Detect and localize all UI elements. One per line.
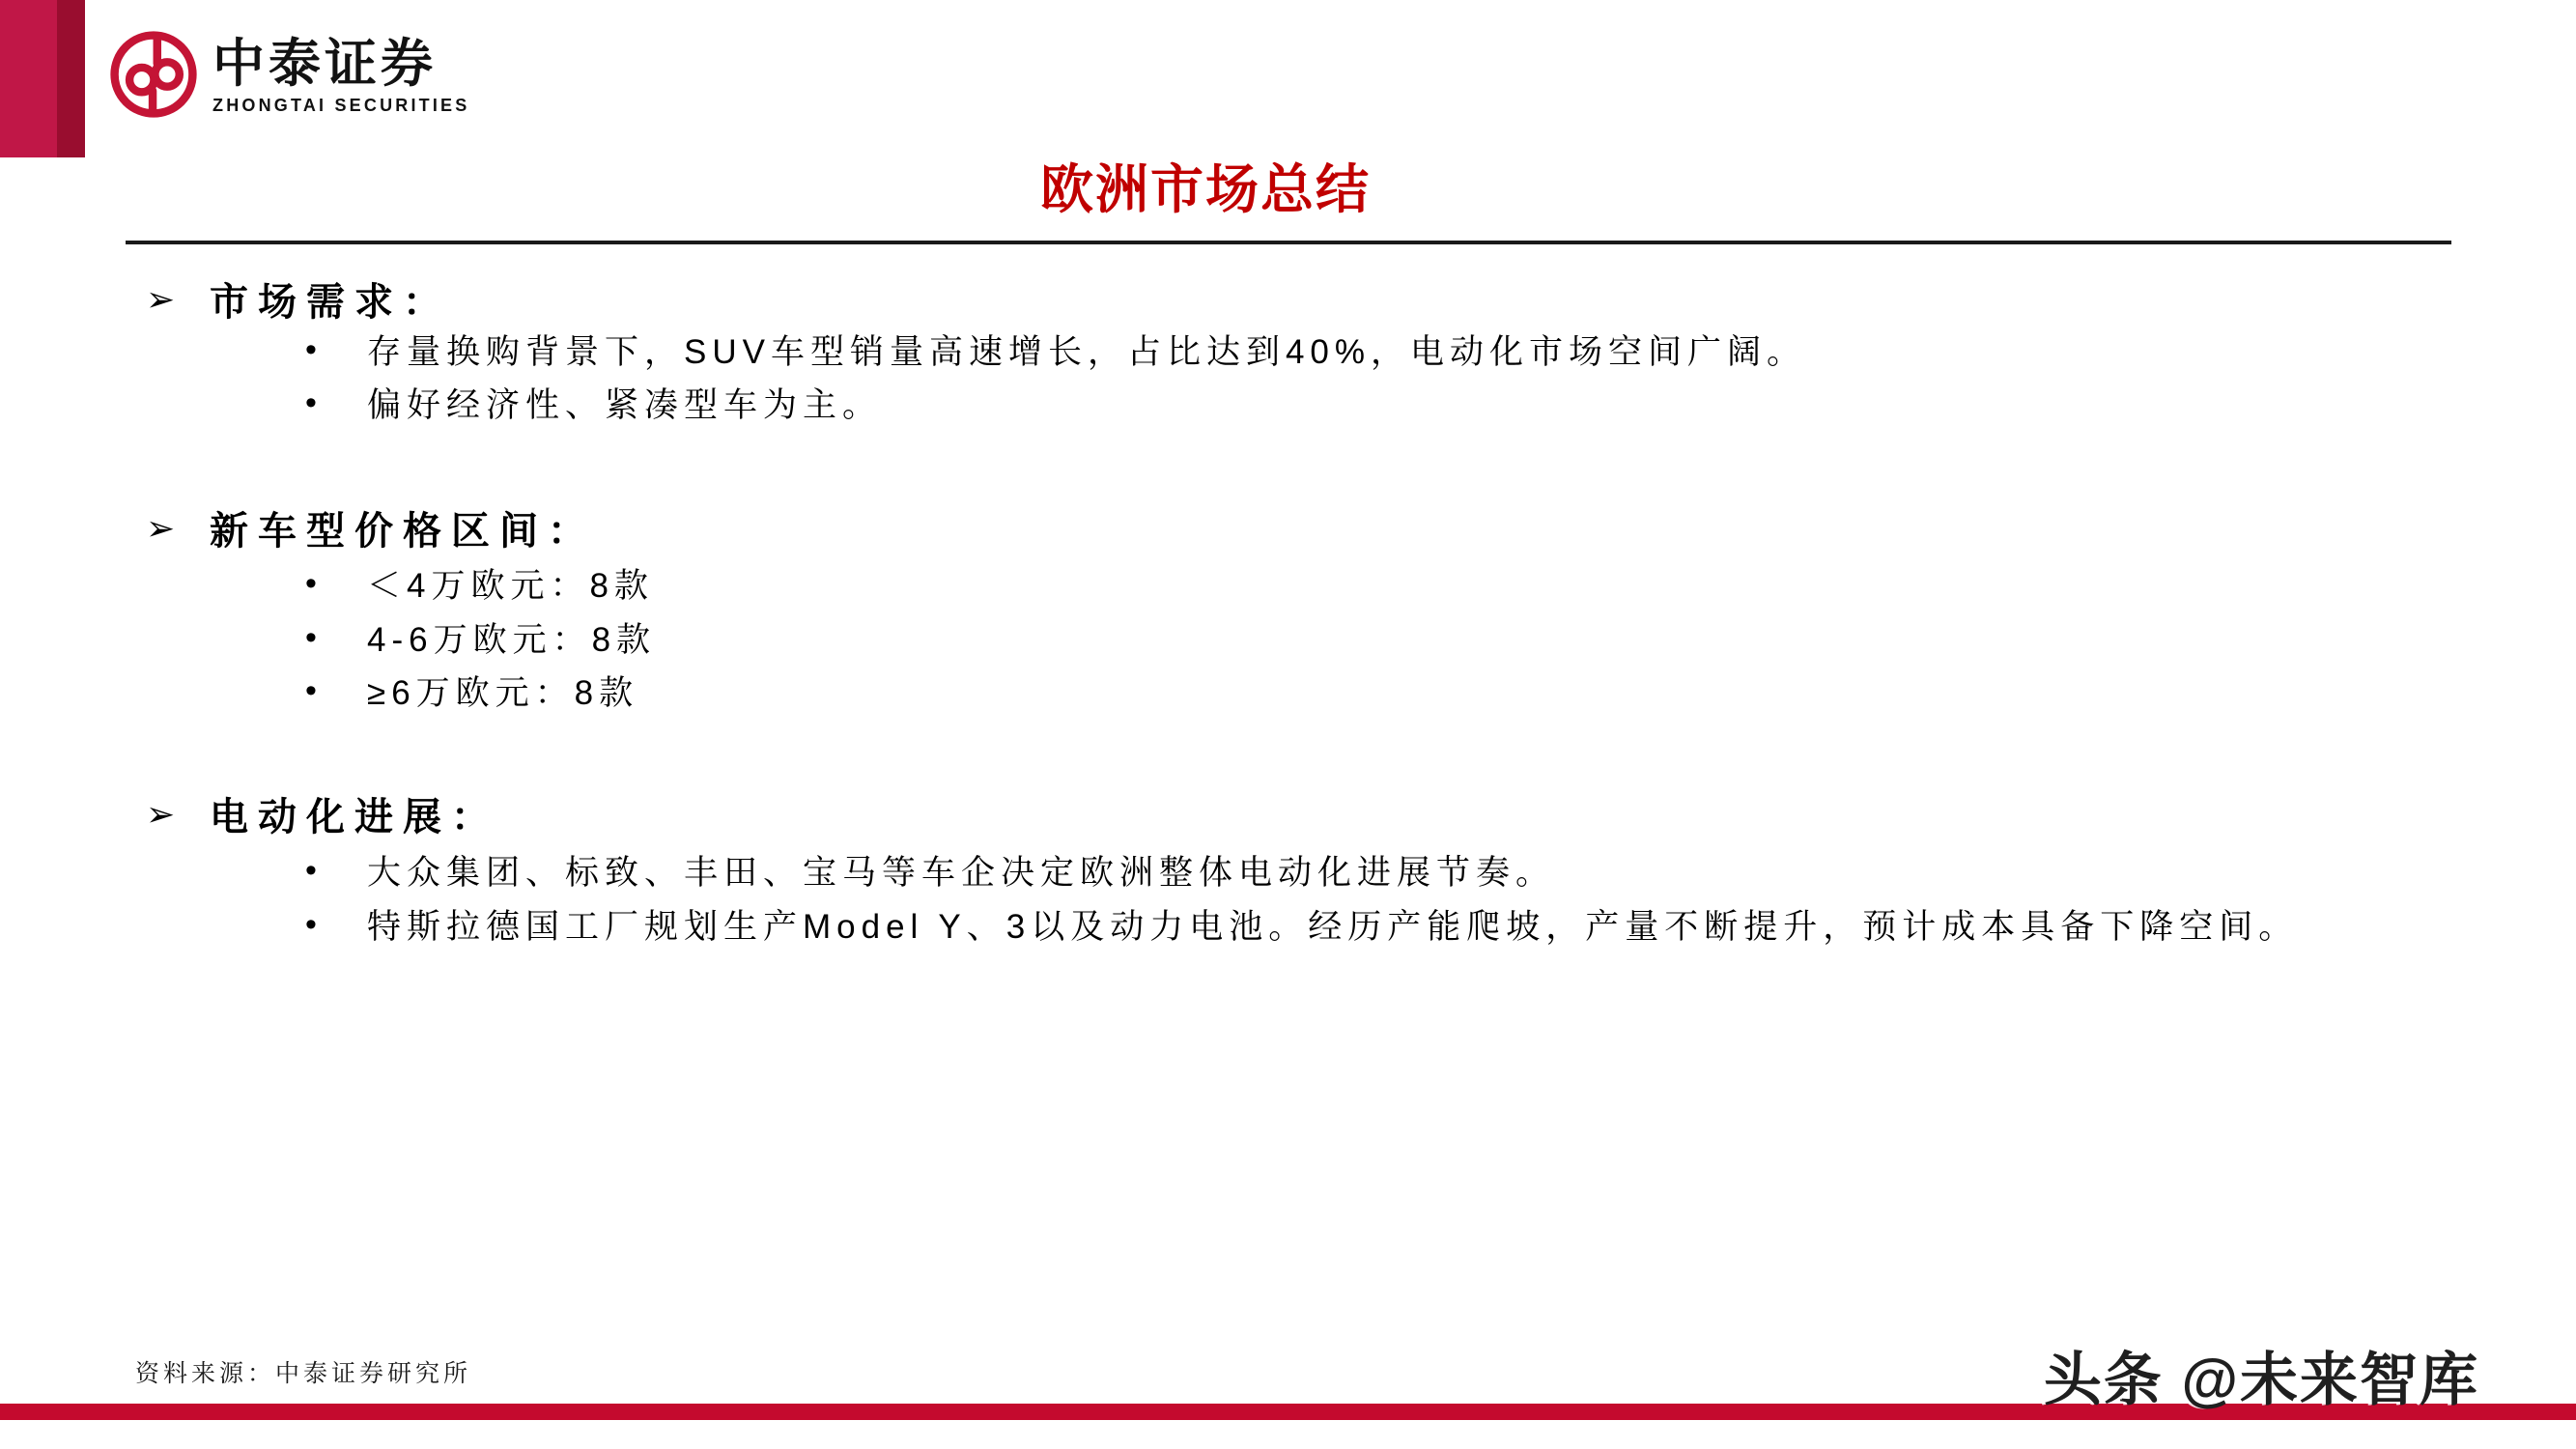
section-heading-label: 市场需求： [210, 271, 451, 327]
bullet-text: 大众集团、标致、丰田、宝马等车企决定欧洲整体电动化进展节奏。 [367, 846, 1555, 895]
brand-name-cn: 中泰证券 [212, 37, 469, 92]
dot-bullet-icon: • [305, 565, 367, 603]
section-heading-price-range: ➢ 新车型价格区间： [0, 500, 2576, 555]
arrow-bullet-icon: ➢ [146, 279, 210, 320]
brand-name-en: ZHONGTAI SECURITIES [212, 96, 469, 116]
bullet-text: ＜4万欧元：8款 [367, 559, 654, 608]
title-divider [126, 241, 2451, 244]
dot-bullet-icon: • [305, 906, 367, 944]
dot-bullet-icon: • [305, 672, 367, 710]
bullet-text: ≥6万欧元：8款 [367, 667, 638, 715]
arrow-bullet-icon: ➢ [146, 794, 210, 835]
section-heading-label: 新车型价格区间： [210, 500, 596, 555]
bullet-text: 特斯拉德国工厂规划生产Model Y、3以及动力电池。经历产能爬坡，产量不断提升… [367, 900, 2298, 949]
section-heading-market-demand: ➢ 市场需求： [0, 271, 2576, 327]
source-note: 资料来源：中泰证券研究所 [135, 1354, 471, 1389]
bullet-text: 偏好经济性、紧凑型车为主。 [367, 379, 882, 427]
arrow-bullet-icon: ➢ [146, 508, 210, 549]
bullet-text: 存量换购背景下，SUV车型销量高速增长，占比达到40%，电动化市场空间广阔。 [367, 326, 1806, 374]
dot-bullet-icon: • [305, 384, 367, 422]
dot-bullet-icon: • [305, 852, 367, 890]
bullet-item: • 偏好经济性、紧凑型车为主。 [0, 379, 2576, 427]
brand-logo: 中泰证券 ZHONGTAI SECURITIES [108, 27, 469, 122]
brand-text: 中泰证券 ZHONGTAI SECURITIES [212, 27, 469, 116]
dot-bullet-icon: • [305, 619, 367, 657]
corner-stripe-light [0, 0, 57, 157]
dot-bullet-icon: • [305, 331, 367, 369]
bullet-item: • 4-6万欧元：8款 [0, 613, 2576, 662]
page-title: 欧洲市场总结 [1040, 147, 1371, 223]
bullet-item: • ≥6万欧元：8款 [0, 667, 2576, 715]
slide-page: 中泰证券 ZHONGTAI SECURITIES 欧洲市场总结 ➢ 市场需求： … [0, 0, 2576, 1449]
bullet-text: 4-6万欧元：8款 [367, 613, 656, 662]
zhongtai-logo-icon [108, 27, 199, 122]
bullet-item: • 大众集团、标致、丰田、宝马等车企决定欧洲整体电动化进展节奏。 [0, 846, 2576, 895]
bullet-item: • 特斯拉德国工厂规划生产Model Y、3以及动力电池。经历产能爬坡，产量不断… [0, 900, 2576, 949]
corner-stripe-dark [57, 0, 85, 157]
bullet-item: • ＜4万欧元：8款 [0, 559, 2576, 608]
section-heading-electrification: ➢ 电动化进展： [0, 786, 2576, 841]
watermark-text: 头条 @未来智库 [2044, 1334, 2479, 1417]
bullet-item: • 存量换购背景下，SUV车型销量高速增长，占比达到40%，电动化市场空间广阔。 [0, 326, 2576, 374]
section-heading-label: 电动化进展： [210, 786, 499, 841]
